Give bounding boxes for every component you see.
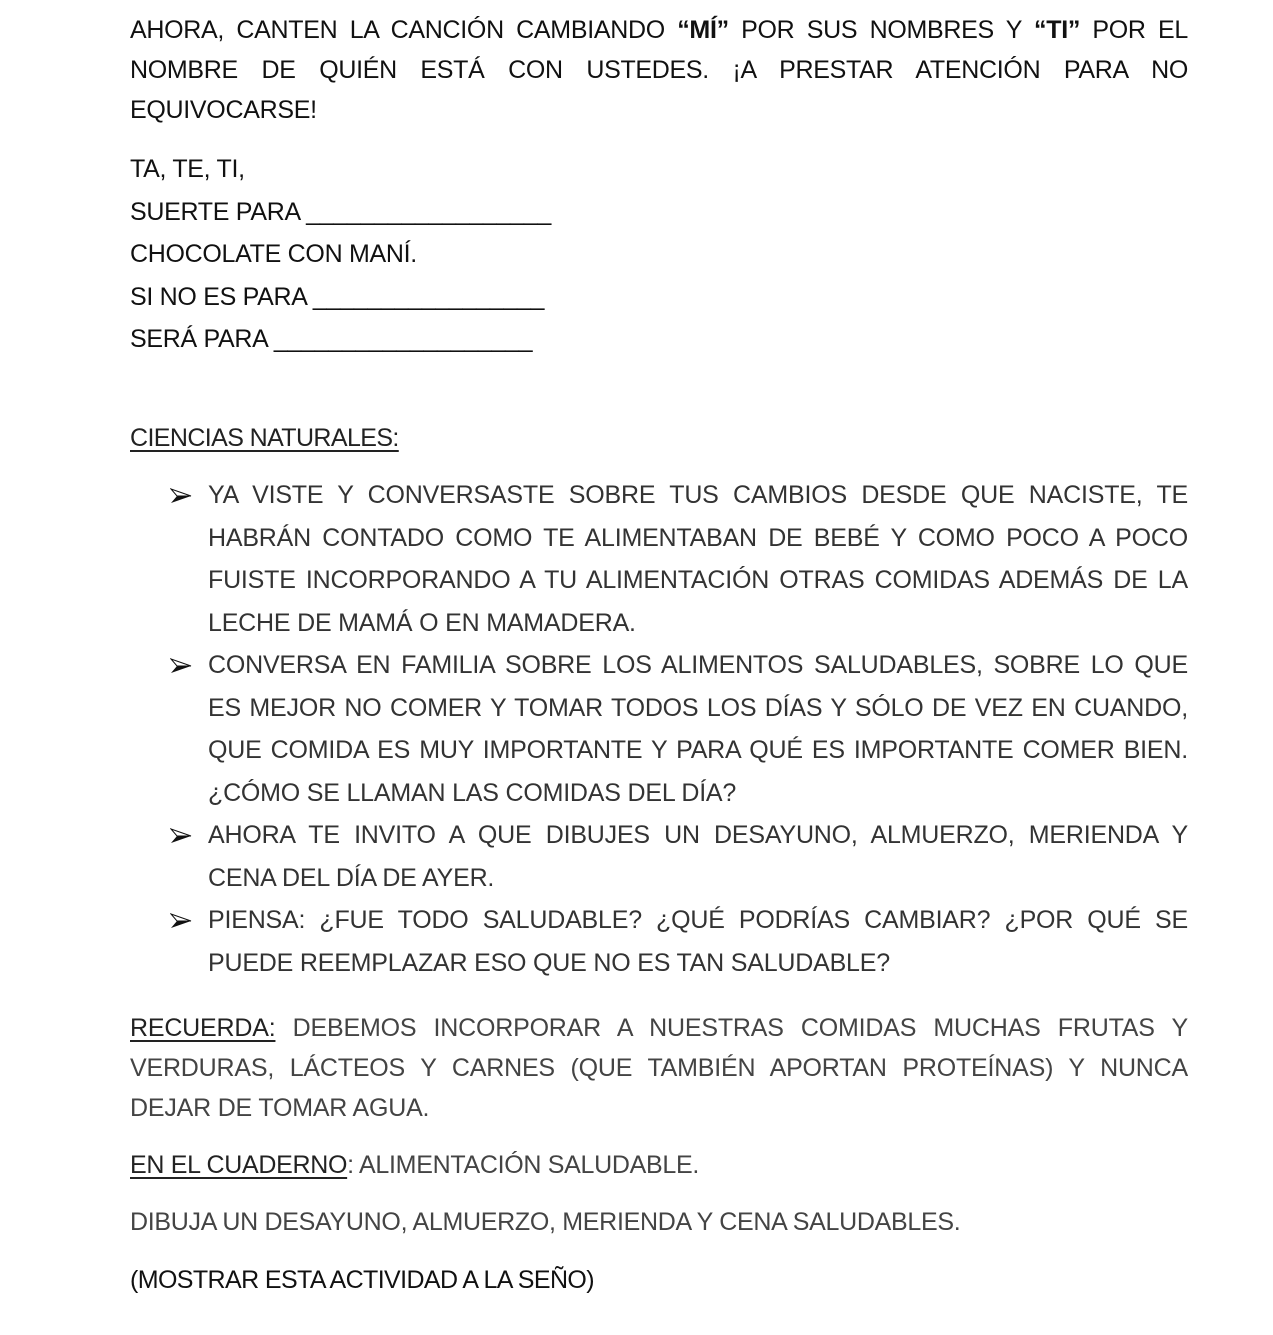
arrowhead-bullet-icon — [170, 658, 192, 674]
list-item-text: CONVERSA EN FAMILIA SOBRE LOS ALIMENTOS … — [208, 644, 1188, 814]
intro-text-2: POR SUS NOMBRES Y — [729, 16, 1034, 44]
song-line: TA, TE, TI, — [130, 148, 1188, 191]
reminder-text: DEBEMOS INCORPORAR A NUESTRAS COMIDAS MU… — [130, 1014, 1188, 1122]
show-teacher-note: (MOSTRAR ESTA ACTIVIDAD A LA SEÑO) — [130, 1260, 1188, 1300]
intro-bold-ti: “TI” — [1034, 16, 1080, 44]
notebook-instruction: EN EL CUADERNO: ALIMENTACIÓN SALUDABLE. — [130, 1145, 1188, 1185]
activity-list: YA VISTE Y CONVERSASTE SOBRE TUS CAMBIOS… — [170, 474, 1188, 984]
list-item: PIENSA: ¿FUE TODO SALUDABLE? ¿QUÉ PODRÍA… — [170, 899, 1188, 984]
reminder-label: RECUERDA: — [130, 1014, 275, 1042]
reminder-paragraph: RECUERDA: DEBEMOS INCORPORAR A NUESTRAS … — [130, 1008, 1188, 1128]
list-item-text: YA VISTE Y CONVERSASTE SOBRE TUS CAMBIOS… — [208, 474, 1188, 644]
song-line-blank: SUERTE PARA __________________ — [130, 191, 1188, 234]
list-item-text: PIENSA: ¿FUE TODO SALUDABLE? ¿QUÉ PODRÍA… — [208, 899, 1188, 984]
arrowhead-bullet-icon — [170, 828, 192, 844]
song-lyrics: TA, TE, TI, SUERTE PARA ________________… — [130, 148, 1188, 361]
notebook-text: : ALIMENTACIÓN SALUDABLE. — [347, 1151, 699, 1179]
song-line-blank: SI NO ES PARA _________________ — [130, 276, 1188, 319]
list-item-text: AHORA TE INVITO A QUE DIBUJES UN DESAYUN… — [208, 814, 1188, 899]
list-item: CONVERSA EN FAMILIA SOBRE LOS ALIMENTOS … — [170, 644, 1188, 814]
song-line: CHOCOLATE CON MANÍ. — [130, 233, 1188, 276]
notebook-label: EN EL CUADERNO — [130, 1151, 347, 1179]
song-line-blank: SERÁ PARA ___________________ — [130, 318, 1188, 361]
drawing-instruction: DIBUJA UN DESAYUNO, ALMUERZO, MERIENDA Y… — [130, 1202, 1188, 1242]
list-item: YA VISTE Y CONVERSASTE SOBRE TUS CAMBIOS… — [170, 474, 1188, 644]
arrowhead-bullet-icon — [170, 913, 192, 929]
section-heading: CIENCIAS NATURALES: — [130, 418, 1188, 458]
intro-text-1: AHORA, CANTEN LA CANCIÓN CAMBIANDO — [130, 16, 677, 44]
arrowhead-bullet-icon — [170, 488, 192, 504]
list-item: AHORA TE INVITO A QUE DIBUJES UN DESAYUN… — [170, 814, 1188, 899]
song-instructions: AHORA, CANTEN LA CANCIÓN CAMBIANDO “MÍ” … — [130, 10, 1188, 130]
intro-bold-mi: “MÍ” — [677, 16, 729, 44]
